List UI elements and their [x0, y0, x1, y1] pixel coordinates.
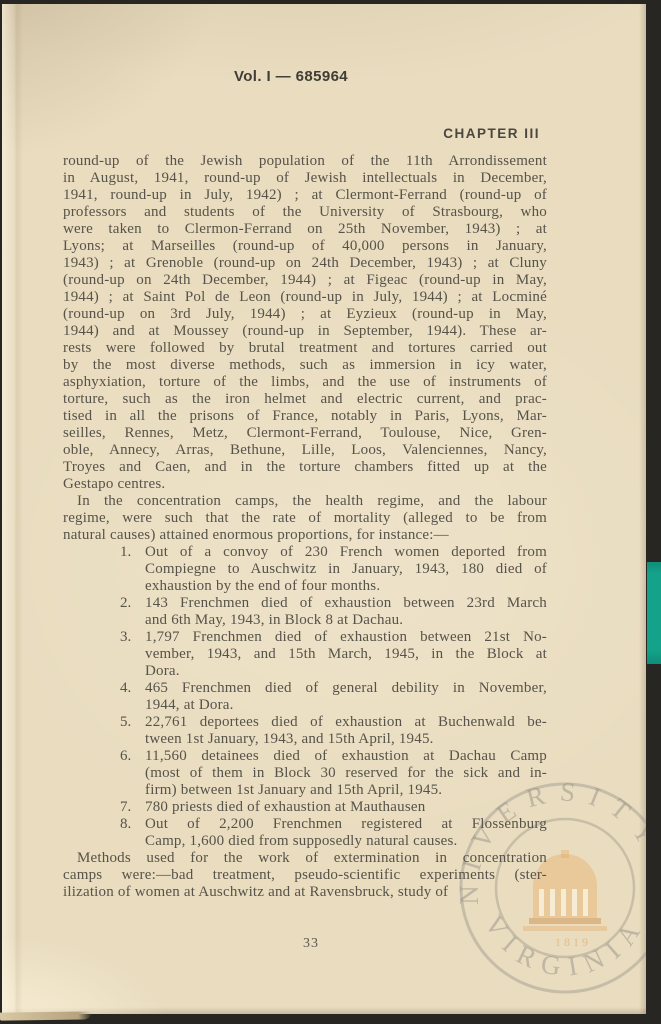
- page-number: 33: [22, 936, 600, 952]
- text-line: Dora.: [145, 663, 547, 680]
- text-line: Out of 2,200 Frenchmen registered at Flo…: [145, 816, 547, 833]
- text-line: Lyons; at Marseilles (round-up of 40,000…: [63, 238, 547, 255]
- text-line: in August, 1941, round-up of Jewish inte…: [63, 170, 547, 187]
- text-line: 22,761 deportees died of exhaustion at B…: [145, 714, 547, 731]
- list-item: 1.Out of a convoy of 230 French women de…: [63, 544, 547, 595]
- list-item: 7.780 priests died of exhaustion at Maut…: [63, 799, 547, 816]
- text-line: 143 Frenchmen died of exhaustion between…: [145, 595, 547, 612]
- volume-header: Vol. I — 685964: [2, 68, 580, 85]
- text-line: vember, 1943, and 15th March, 1945, in t…: [145, 646, 547, 663]
- text-line: 780 priests died of exhaustion at Mautha…: [145, 799, 547, 816]
- text-line: were taken to Clermon-Ferrand on 25th No…: [63, 221, 547, 238]
- text-line: Out of a convoy of 230 French women depo…: [145, 544, 547, 561]
- list-item: 4.465 Frenchmen died of general debility…: [63, 680, 547, 714]
- list-item: 3.1,797 Frenchmen died of exhaustion bet…: [63, 629, 547, 680]
- list-item: 5.22,761 deportees died of exhaustion at…: [63, 714, 547, 748]
- text-line: Compiegne to Auschwitz in January, 1943,…: [145, 561, 547, 578]
- list-item-number: 5.: [120, 714, 142, 748]
- list-item-text: Out of 2,200 Frenchmen registered at Flo…: [145, 816, 547, 850]
- text-line: natural causes) attained enormous propor…: [63, 527, 547, 544]
- text-line: camps were:—bad treatment, pseudo-scient…: [63, 867, 547, 884]
- page-corner-curl: [0, 1011, 92, 1020]
- list-item-number: 6.: [120, 748, 142, 799]
- text-line: torture, such as the iron helmet and ele…: [63, 391, 547, 408]
- list-item-text: 143 Frenchmen died of exhaustion between…: [145, 595, 547, 629]
- list-item: 2.143 Frenchmen died of exhaustion betwe…: [63, 595, 547, 629]
- text-line: 1944) ; at Saint Pol de Leon (round-up i…: [63, 289, 547, 306]
- text-line: round-up of the Jewish population of the…: [63, 153, 547, 170]
- text-line: (round-up on 24th December, 1944) ; at F…: [63, 272, 547, 289]
- list-item-text: 22,761 deportees died of exhaustion at B…: [145, 714, 547, 748]
- text-line: tised in all the prisons of France, nota…: [63, 408, 547, 425]
- text-line: Methods used for the work of exterminati…: [63, 850, 547, 867]
- list-item-text: Out of a convoy of 230 French women depo…: [145, 544, 547, 595]
- text-line: ilization of women at Auschwitz and at R…: [63, 884, 547, 901]
- text-line: 1944) and at Moussey (round-up in Septem…: [63, 323, 547, 340]
- text-line: 1944, at Dora.: [145, 697, 547, 714]
- text-line: by the most diverse methods, such as imm…: [63, 357, 547, 374]
- text-line: professors and students of the Universit…: [63, 204, 547, 221]
- text-line: 1941, round-up in July, 1942) ; at Clerm…: [63, 187, 547, 204]
- paragraph: round-up of the Jewish population of the…: [63, 153, 547, 493]
- list-item-text: 465 Frenchmen died of general debility i…: [145, 680, 547, 714]
- teal-bookmark-tab: [647, 562, 661, 664]
- text-line: regime, were such that the rate of morta…: [63, 510, 547, 527]
- book-page: Vol. I — 685964 CHAPTER III UNIVERSITY O…: [2, 4, 646, 1014]
- text-line: firm) between 1st January and 15th April…: [145, 782, 547, 799]
- page-body: round-up of the Jewish population of the…: [63, 153, 547, 901]
- list-item: 8.Out of 2,200 Frenchmen registered at F…: [63, 816, 547, 850]
- text-line: (round-up on 3rd July, 1944) ; at Eyzieu…: [63, 306, 547, 323]
- text-line: tween 1st January, 1943, and 15th April,…: [145, 731, 547, 748]
- text-line: 1943) ; at Grenoble (round-up on 24th De…: [63, 255, 547, 272]
- paragraph: In the concentration camps, the health r…: [63, 493, 547, 544]
- list-item-text: 1,797 Frenchmen died of exhaustion betwe…: [145, 629, 547, 680]
- paragraph: Methods used for the work of exterminati…: [63, 850, 547, 901]
- text-line: and 6th May, 1943, in Block 8 at Dachau.: [145, 612, 547, 629]
- text-line: Troyes and Caen, and in the torture cham…: [63, 459, 547, 476]
- chapter-heading: CHAPTER III: [63, 126, 540, 141]
- text-line: asphyxiation, torture of the limbs, and …: [63, 374, 547, 391]
- list-item-text: 11,560 detainees died of exhaustion at D…: [145, 748, 547, 799]
- text-line: seilles, Rennes, Metz, Clermont-Ferrand,…: [63, 425, 547, 442]
- text-line: (most of them in Block 30 reserved for t…: [145, 765, 547, 782]
- text-line: 1,797 Frenchmen died of exhaustion betwe…: [145, 629, 547, 646]
- text-line: oble, Annecy, Arras, Bethune, Lille, Loo…: [63, 442, 547, 459]
- text-line: Camp, 1,600 died from supposedly natural…: [145, 833, 547, 850]
- list-item-number: 8.: [120, 816, 142, 850]
- list-item-number: 1.: [120, 544, 142, 595]
- list-item-number: 7.: [120, 799, 142, 816]
- text-line: In the concentration camps, the health r…: [63, 493, 547, 510]
- list-item-number: 2.: [120, 595, 142, 629]
- text-line: exhaustion by the end of four months.: [145, 578, 547, 595]
- text-line: 465 Frenchmen died of general debility i…: [145, 680, 547, 697]
- text-line: 11,560 detainees died of exhaustion at D…: [145, 748, 547, 765]
- list-item-number: 4.: [120, 680, 142, 714]
- text-line: Gestapo centres.: [63, 476, 547, 493]
- list-item: 6.11,560 detainees died of exhaustion at…: [63, 748, 547, 799]
- list-item-text: 780 priests died of exhaustion at Mautha…: [145, 799, 547, 816]
- text-line: rests were followed by brutal treatment …: [63, 340, 547, 357]
- scanner-backdrop: Vol. I — 685964 CHAPTER III UNIVERSITY O…: [0, 0, 661, 1024]
- list-item-number: 3.: [120, 629, 142, 680]
